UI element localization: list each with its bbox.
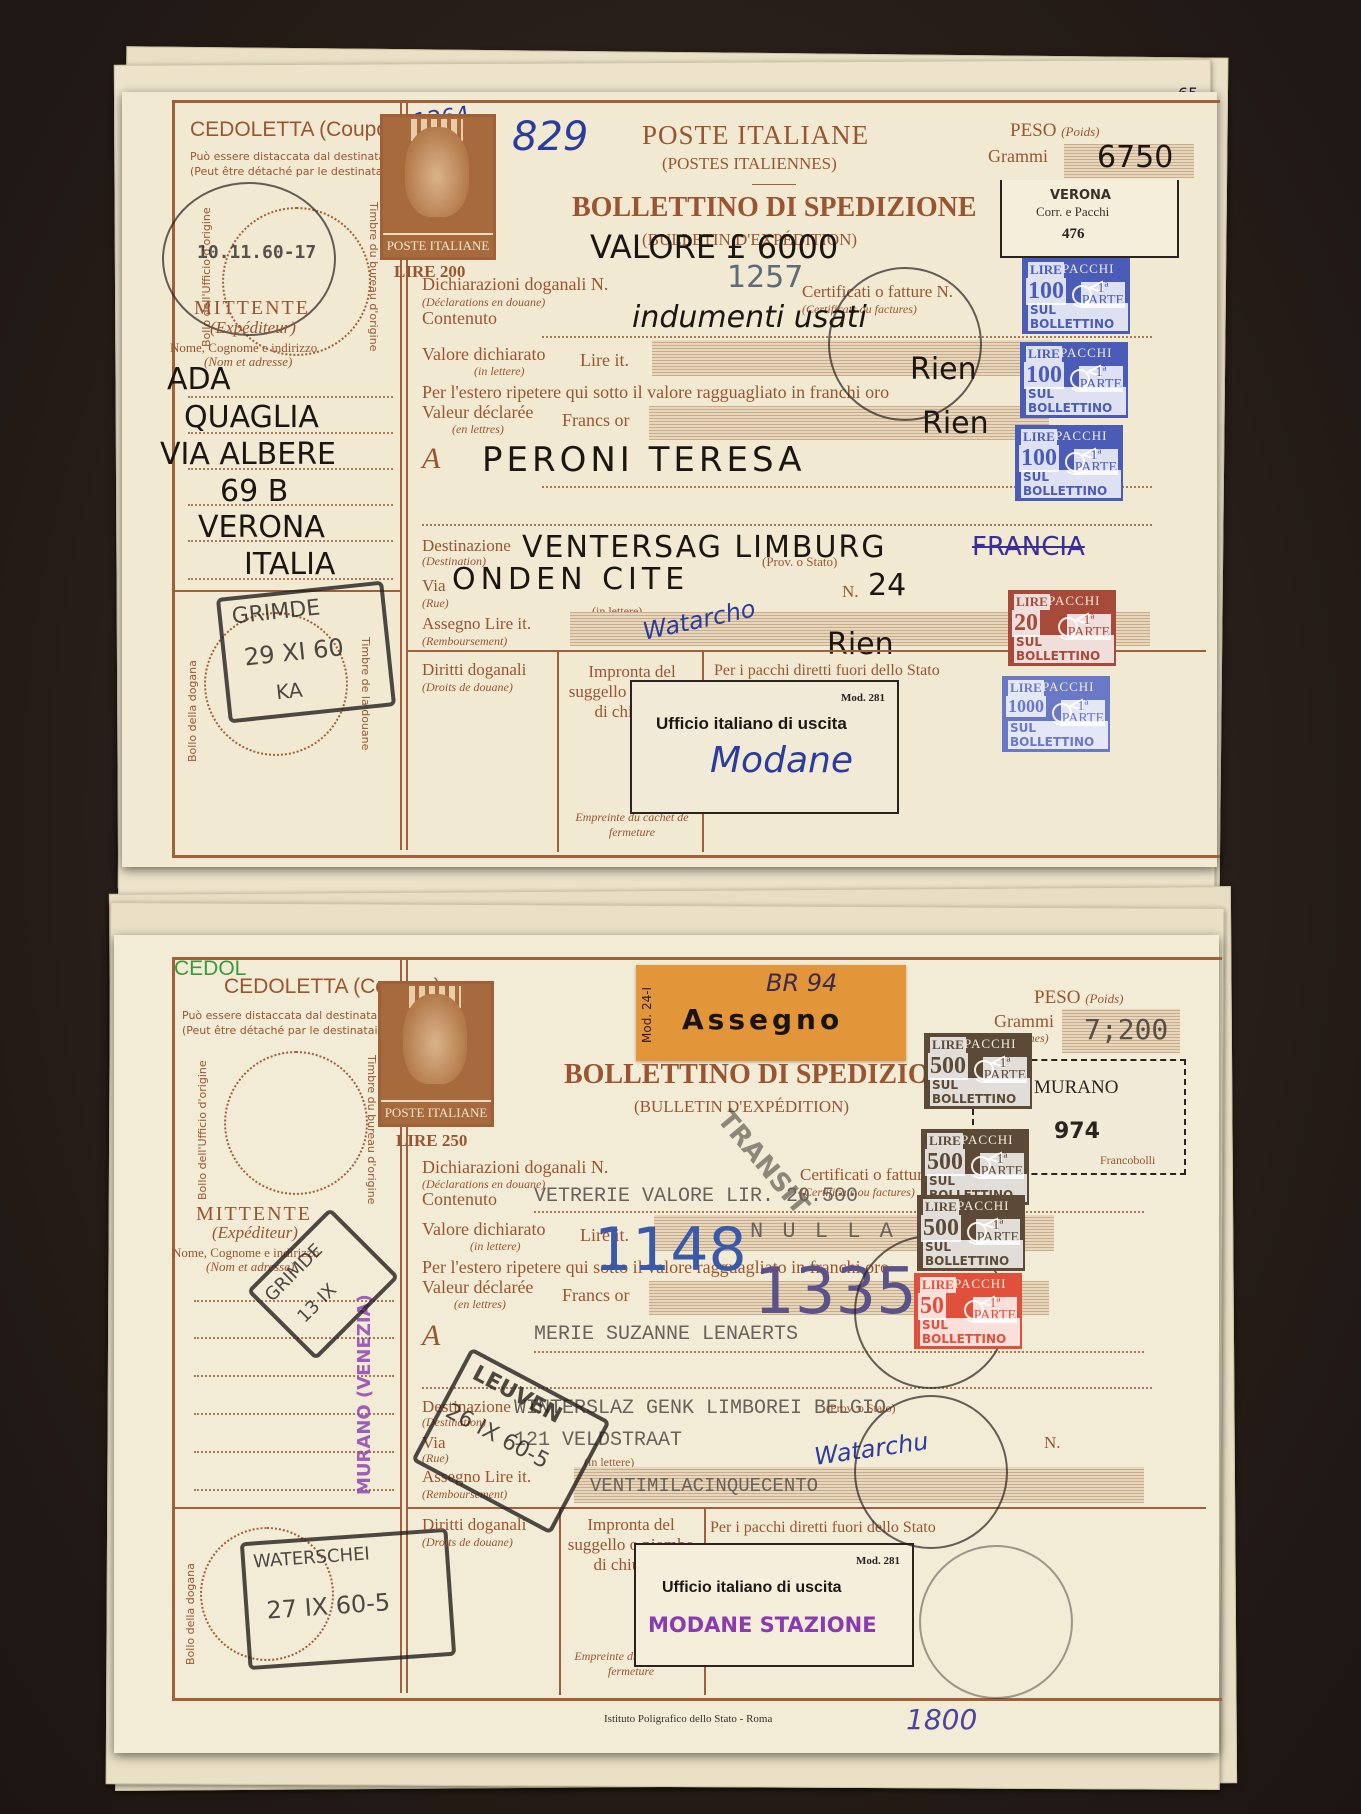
parcel-stamp-100: LIREPACCHI1001ªPARTESUL BOLLETTINO: [1015, 425, 1123, 501]
indicium-stamp: POSTE ITALIANE: [380, 114, 496, 260]
seal-label-fr: Empreinte du cachet de fermeture: [567, 810, 697, 840]
customs-decl-label: Dichiarazioni doganali N.: [422, 1157, 608, 1178]
declared-value-label: Valore dichiarato: [422, 1219, 545, 1240]
sender-heading-fr: (Expéditeur): [212, 1223, 298, 1243]
declared-value-fr-sub: (en lettres): [454, 1297, 506, 1312]
weight-value: 6750: [1097, 140, 1173, 175]
indicium-stamp: POSTE ITALIANE: [378, 981, 494, 1127]
header-subtitle: (POSTES ITALIENNES): [662, 154, 837, 174]
parcel-stamp-500: LIREPACCHI5001ªPARTESUL BOLLETTINO: [924, 1033, 1032, 1109]
indicium-label: POSTE ITALIANE: [381, 1100, 491, 1121]
recipient-name: PERONI TERESA: [482, 440, 805, 480]
declared-value-currency: Lire it.: [580, 350, 629, 371]
sender-stamp-murano: MURANO (VENEZIA): [354, 1294, 375, 1495]
postmark-murano-2: [854, 1395, 1008, 1549]
weight-unit: Grammi: [994, 1011, 1054, 1032]
indicium-label: POSTE ITALIANE: [383, 233, 493, 254]
parcel-stamp-100: LIREPACCHI1001ªPARTESUL BOLLETTINO: [1020, 342, 1128, 418]
sender-heading-fr: (Expéditeur): [210, 318, 296, 338]
weight-label: PESO (Poids): [1010, 120, 1100, 142]
declared-value-fr-currency: Francs or: [562, 1285, 629, 1306]
street-label-fr: (Rue): [422, 596, 449, 611]
form-title: BOLLETTINO DI SPEDIZIONE: [564, 1059, 969, 1091]
contents-label: Contenuto: [422, 1189, 497, 1210]
sender-line: ADA: [167, 362, 231, 397]
weight-unit: Grammi: [988, 146, 1048, 167]
destination-country-struck: FRANCIA: [972, 532, 1085, 562]
sender-line: QUAGLIA: [184, 400, 319, 435]
parcel-stamp-50: LIREPACCHI501ªPARTESUL BOLLETTINO: [914, 1273, 1022, 1349]
parcel-stamp-500: LIREPACCHI5001ªPARTESUL BOLLETTINO: [921, 1129, 1029, 1205]
coupon-customs-left: Bollo della dogana: [186, 660, 199, 762]
header-handwritten-number: 829: [512, 114, 588, 160]
street-number-label: N.: [842, 582, 859, 602]
recipient-prefix: A: [422, 442, 440, 476]
abroad-label: Per i pacchi diretti fuori dello Stato: [714, 662, 940, 680]
declared-value-fr-sub: (en lettres): [452, 422, 504, 437]
sender-line: ITALIA: [244, 547, 335, 582]
contents-value: VETRERIE VALORE LIR. 20.500: [534, 1185, 858, 1208]
destination-label: Destinazione: [422, 536, 511, 556]
street-number-label: N.: [1044, 1433, 1061, 1453]
cod-value: Rien: [827, 627, 894, 662]
coupon-side-left: Bollo dell'Ufficio d'origine: [196, 1060, 209, 1200]
parcel-stamp-20: LIREPACCHI201ªPARTESUL BOLLETTINO: [1008, 590, 1116, 666]
customs-fees-label-fr: (Droits de douane): [422, 680, 513, 695]
cod-assegno-label: Mod. 24-I Assegno BR 94: [636, 965, 906, 1061]
coupon-note-it: Può essere distaccata dal destinatario: [190, 150, 400, 163]
sender-heading: MITTENTE: [194, 297, 310, 320]
handwritten-overlay-3: 1800: [906, 1703, 977, 1736]
postmark-verona-stamps: [828, 267, 982, 421]
customs-decl-label: Dichiarazioni doganali N.: [422, 274, 608, 295]
form-top: CEDOLETTA (Coupon) Può essere distaccata…: [122, 92, 1217, 867]
weight-value: 7;200: [1084, 1013, 1168, 1046]
form-title: BOLLETTINO DI SPEDIZIONE: [572, 192, 977, 224]
exit-office-label: Mod. 281 Ufficio italiano di uscita Moda…: [630, 680, 899, 814]
customs-fees-label-fr: (Droits de douane): [422, 1535, 513, 1550]
declared-value-sub: (in lettere): [474, 364, 525, 379]
declared-value-fr-label: Valeur déclarée: [422, 1277, 533, 1298]
declared-value-fr-label: Valeur déclarée: [422, 402, 533, 423]
coupon-note-it: Può essere distaccata dal destinatario: [182, 1009, 392, 1022]
cod-label-fr: (Remboursement): [422, 634, 507, 649]
foreign-note: Per l'estero ripetere qui sotto il valor…: [422, 382, 889, 403]
parcel-stamp-100: LIREPACCHI1001ªPARTESUL BOLLETTINO: [1022, 258, 1130, 334]
origin-stamp-circle: [224, 1051, 368, 1195]
weight-label: PESO (Poids): [1034, 987, 1124, 1009]
customs-fees-label: Diritti doganali: [422, 660, 526, 680]
declared-value-fr-field: [649, 406, 1049, 440]
postmark-murano-3: [919, 1545, 1073, 1699]
declared-value-sub: (in lettere): [470, 1239, 521, 1254]
coupon-note-fr: (Peut être détaché par le destinataire): [182, 1024, 393, 1037]
coupon-note-fr: (Peut être détaché par le destinataire): [190, 165, 401, 178]
parcel-stamp-500: LIREPACCHI5001ªPARTESUL BOLLETTINO: [917, 1195, 1025, 1271]
destination-country-label: (Prov. o Stato): [762, 554, 837, 570]
indicium-value: LIRE 250: [396, 1131, 467, 1151]
header-title: POSTE ITALIANE: [642, 120, 869, 151]
office-label-verona: VERONA Corr. e Pacchi 476: [1000, 180, 1179, 258]
customs-box-stamp-grimde: GRIMDE 29 XI 60 KA: [216, 581, 396, 724]
customs-decl-value: 1257: [727, 260, 803, 295]
declared-value-label: Valore dichiarato: [422, 344, 545, 365]
declared-value: N U L L A: [750, 1219, 896, 1244]
cod-value: VENTIMILACINQUECENTO: [590, 1475, 818, 1497]
coupon-side-right: Timbre du bureau d'origine: [367, 202, 380, 351]
coupon-side-right: Timbre du bureau d'origine: [365, 1055, 378, 1204]
street-label: Via: [422, 576, 446, 596]
sender-line: VIA ALBERE: [160, 437, 336, 472]
street-value: ONDEN CITE: [452, 562, 689, 597]
printer-imprint: Istituto Poligrafico dello Stato - Roma: [604, 1713, 772, 1725]
declared-value-fr-currency: Francs or: [562, 410, 629, 431]
street-number: 24: [868, 568, 906, 603]
exit-office-label: Mod. 281 Ufficio italiano di uscita MODA…: [634, 1543, 914, 1667]
customs-fees-label: Diritti doganali: [422, 1515, 526, 1535]
coupon-customs-left: Bollo della dogana: [184, 1563, 197, 1665]
form-bottom: CEDOL CEDOLETTA (Coupon) Può essere dist…: [114, 935, 1219, 1753]
contents-label: Contenuto: [422, 308, 497, 329]
recipient-prefix: A: [422, 1319, 440, 1353]
handwritten-overlay-1: 1148: [594, 1215, 747, 1285]
coupon-title: CEDOLETTA (Coupon): [190, 118, 407, 142]
parcel-stamp-1000: LIREPACCHI10001ªPARTESUL BOLLETTINO: [1002, 676, 1110, 752]
cod-label: Assegno Lire it.: [422, 614, 531, 634]
postmark-verona-date: 10.11.60-17: [197, 242, 316, 263]
